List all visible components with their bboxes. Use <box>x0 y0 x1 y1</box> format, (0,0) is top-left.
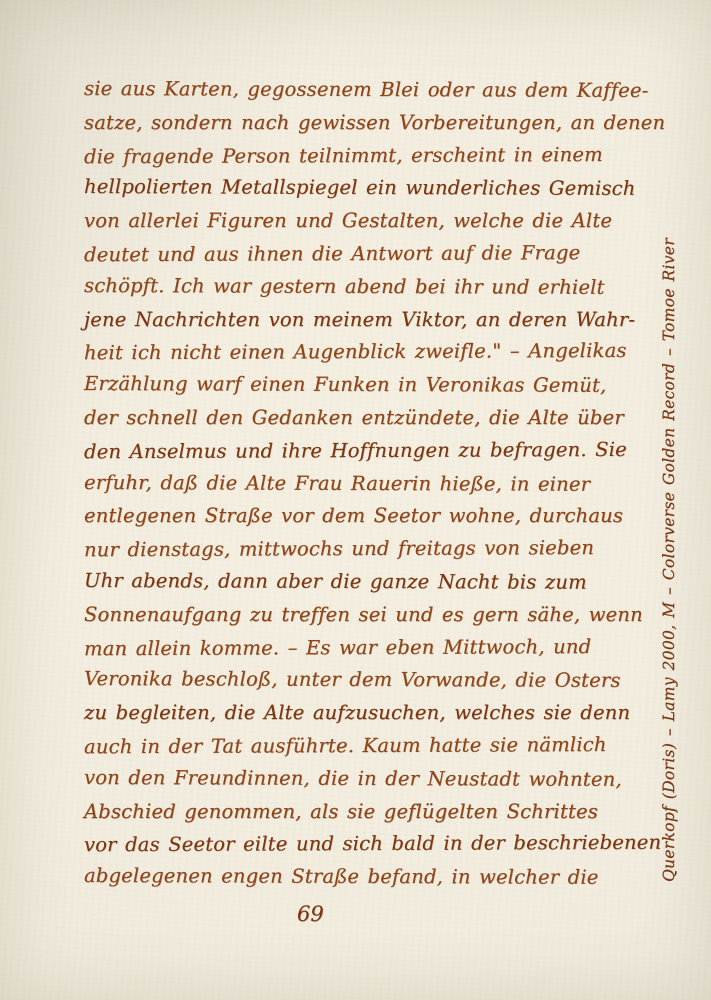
manuscript-page: sie aus Karten, gegossenem Blei oder aus… <box>0 0 711 1000</box>
page-number: 69 <box>297 902 324 926</box>
handwritten-line: von allerlei Figuren und Gestalten, welc… <box>84 205 662 238</box>
handwritten-line: Erzählung warf einen Funken in Veronikas… <box>84 368 662 403</box>
handwritten-line: zu begleiten, die Alte aufzusuchen, welc… <box>84 697 662 730</box>
handwritten-line: abgelegenen engen Straße befand, in welc… <box>84 860 662 895</box>
handwritten-line: von den Freundinnen, die in der Neustadt… <box>84 762 662 797</box>
handwritten-line: auch in der Tat ausführte. Kaum hatte si… <box>84 729 662 764</box>
handwritten-line: die fragende Person teilnimmt, erscheint… <box>84 138 662 173</box>
handwritten-line: nur dienstags, mittwochs und freitags vo… <box>84 532 662 567</box>
handwritten-line: entlegenen Straße vor dem Seetor wohne, … <box>84 500 662 533</box>
handwritten-line: der schnell den Gedanken entzündete, die… <box>84 402 662 435</box>
handwritten-line: den Anselmus und ihre Hoffnungen zu befr… <box>84 434 662 469</box>
handwritten-line: heit ich nicht einen Augenblick zweifle.… <box>84 335 662 370</box>
handwritten-line: erfuhr, daß die Alte Frau Rauerin hieße,… <box>84 467 662 502</box>
handwritten-line: jene Nachrichten von meinem Viktor, an d… <box>84 304 662 337</box>
margin-annotation-pen-ink-paper: Querkopf (Doris) – Lamy 2000, M – Colorv… <box>660 238 678 882</box>
handwritten-line: man allein komme. – Es war eben Mittwoch… <box>84 630 662 665</box>
handwritten-line: Uhr abends, dann aber die ganze Nacht bi… <box>84 565 662 600</box>
handwritten-line: schöpft. Ich war gestern abend bei ihr u… <box>84 270 662 305</box>
handwritten-line: deutet und aus ihnen die Antwort auf die… <box>84 237 662 272</box>
handwritten-line: satze, sondern nach gewissen Vorbereitun… <box>84 107 662 140</box>
handwritten-line: sie aus Karten, gegossenem Blei oder aus… <box>84 73 662 108</box>
handwritten-line: Sonnenaufgang zu treffen sei und es gern… <box>84 599 662 632</box>
handwritten-line: Veronika beschloß, unter dem Vorwande, d… <box>84 663 662 698</box>
handwritten-line: Abschied genommen, als sie geflügelten S… <box>84 796 662 829</box>
handwritten-text-block: sie aus Karten, gegossenem Blei oder aus… <box>84 74 662 894</box>
handwritten-line: vor das Seetor eilte und sich bald in de… <box>84 827 662 862</box>
handwritten-line: hellpolierten Metallspiegel ein wunderli… <box>84 171 662 206</box>
